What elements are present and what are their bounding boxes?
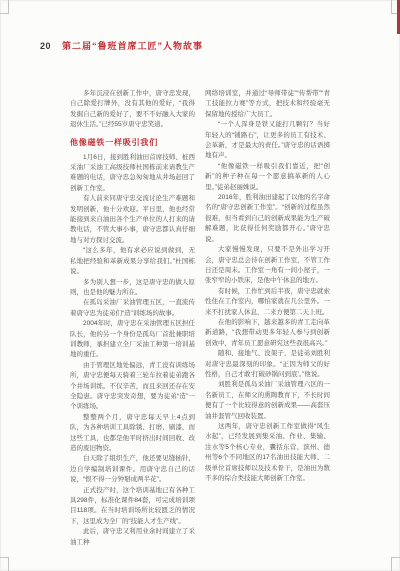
header-title: 第二届“鲁班首席工匠”人物故事: [62, 39, 203, 52]
body-paragraph: 白天除了组织生产，他还要见缝插针，边自学编制培训课件。用唐守忠自己的话说，“恨不…: [70, 454, 195, 485]
body-paragraph: 网络培训室，并通过“导师带徒”“传帮带”“青工技能拉力赛”等方式，把技术和经验毫…: [205, 89, 330, 120]
page-number: 20: [40, 41, 51, 51]
body-paragraph: 多为别人想一步，这是唐守忠的做人原则，也是他的魅力所在。: [70, 278, 195, 299]
crop-mark-top-left: [0, 0, 9, 14]
body-paragraph: 在他的影响下，越来越多的青工走向革新道路，“我想带动更多年轻人参与到创新创效中，…: [205, 318, 330, 349]
article-body: 多年沉浸在创新工作中，唐守忠发现，自己除爱打牌外，没有其他的爱好，“我得发掘自己…: [70, 89, 330, 548]
body-paragraph: “一个人浑身是铁又能打几颗钉？当好年轻人的“铺路石”，让更多的员工有技术、会革新…: [205, 120, 330, 162]
body-paragraph: 正式投产时，这个培训基地已有各种工具298件，标准化课件84套，可完成培训项目1…: [70, 486, 195, 528]
crop-mark-bottom-left: [0, 557, 9, 571]
body-paragraph: “他像磁铁一样吸引我们靠近，把“创新”的种子种在每一个愿意搞革新的人心里。”徒弟…: [205, 162, 330, 193]
crop-mark-bottom-right: [391, 557, 400, 571]
body-paragraph: 刘胜利是孤岛采油厂采油管理六区的一名新员工，在师父的熏陶教育下，不长时间便有了一…: [205, 380, 330, 422]
body-paragraph: 1月6日，接到胜利油田首席技师、桩西采油厂采油工高级技师杜国栋前来请教生产难题的…: [70, 153, 195, 195]
body-paragraph: 整整两个月，唐守忠每天早上4点到队，为各种培训工具除锈、打磨、刷漆，而这些工具，…: [70, 413, 195, 455]
body-paragraph: 这两年，唐守忠创新工作室做得“风生水起”，已经发展到集采油、作业、集输、注水等5…: [205, 422, 330, 484]
text-column-left: 多年沉浸在创新工作中，唐守忠发现，自己除爱打牌外，没有其他的爱好，“我得发掘自己…: [70, 89, 195, 548]
body-paragraph: 有人前来同唐守忠交流讨论生产难题和发明创新，他十分欢迎。平日里，他也经常能接到来…: [70, 194, 195, 246]
body-paragraph: 有时候，工作忙到后半夜，唐守忠就索性住在工作室内，哪怕家就在几公里外。一来不打扰…: [205, 287, 330, 318]
body-paragraph: 在孤岛采油厂采油管理五区，一直流传着唐守忠为徒弟们“造”训练场的故事。: [70, 298, 195, 319]
body-paragraph: 多年沉浸在创新工作中，唐守忠发现，自己除爱打牌外，没有其他的爱好，“我得发掘自己…: [70, 89, 195, 131]
magazine-page: 20 第二届“鲁班首席工匠”人物故事 多年沉浸在创新工作中，唐守忠发现，自己除爱…: [0, 0, 400, 571]
body-paragraph: 由于管理区地处偏远，青工没有训练场所，唐守忠便每天骑着三轮车拉着徒弟跑各个井场训…: [70, 361, 195, 413]
body-paragraph: “这么多年，他有求必应说到做到，无私地把经验和革新成果分享给我们。”杜国栋说。: [70, 246, 195, 277]
body-paragraph: 2004年时，唐守忠在采油管理五区担任队长，他的另一个身份是孤岛厂首批兼职培训教…: [70, 319, 195, 361]
running-header: 20 第二届“鲁班首席工匠”人物故事: [40, 39, 203, 52]
section-heading: 他像磁铁一样吸引我们: [70, 137, 195, 148]
text-column-right: 网络培训室，并通过“导师带徒”“传帮带”“青工技能拉力赛”等方式，把技术和经验毫…: [205, 89, 330, 548]
body-paragraph: 随和、接地气、没架子，是徒弟刘胜利对唐守忠最深刻的印象。“正因为师父的好性格，自…: [205, 349, 330, 380]
body-paragraph: 大家慢慢发现，只要不是外出学习开会，唐守忠总会待在创新工作室，不管工作日还是周末…: [205, 245, 330, 287]
body-paragraph: 2016年，胜利油田建起了以他的名字命名的“唐守忠创新工作室”。“创新的过程虽然…: [205, 193, 330, 245]
body-paragraph: 此后，唐守忠又利用业余时间建立了采油工种: [70, 527, 195, 548]
